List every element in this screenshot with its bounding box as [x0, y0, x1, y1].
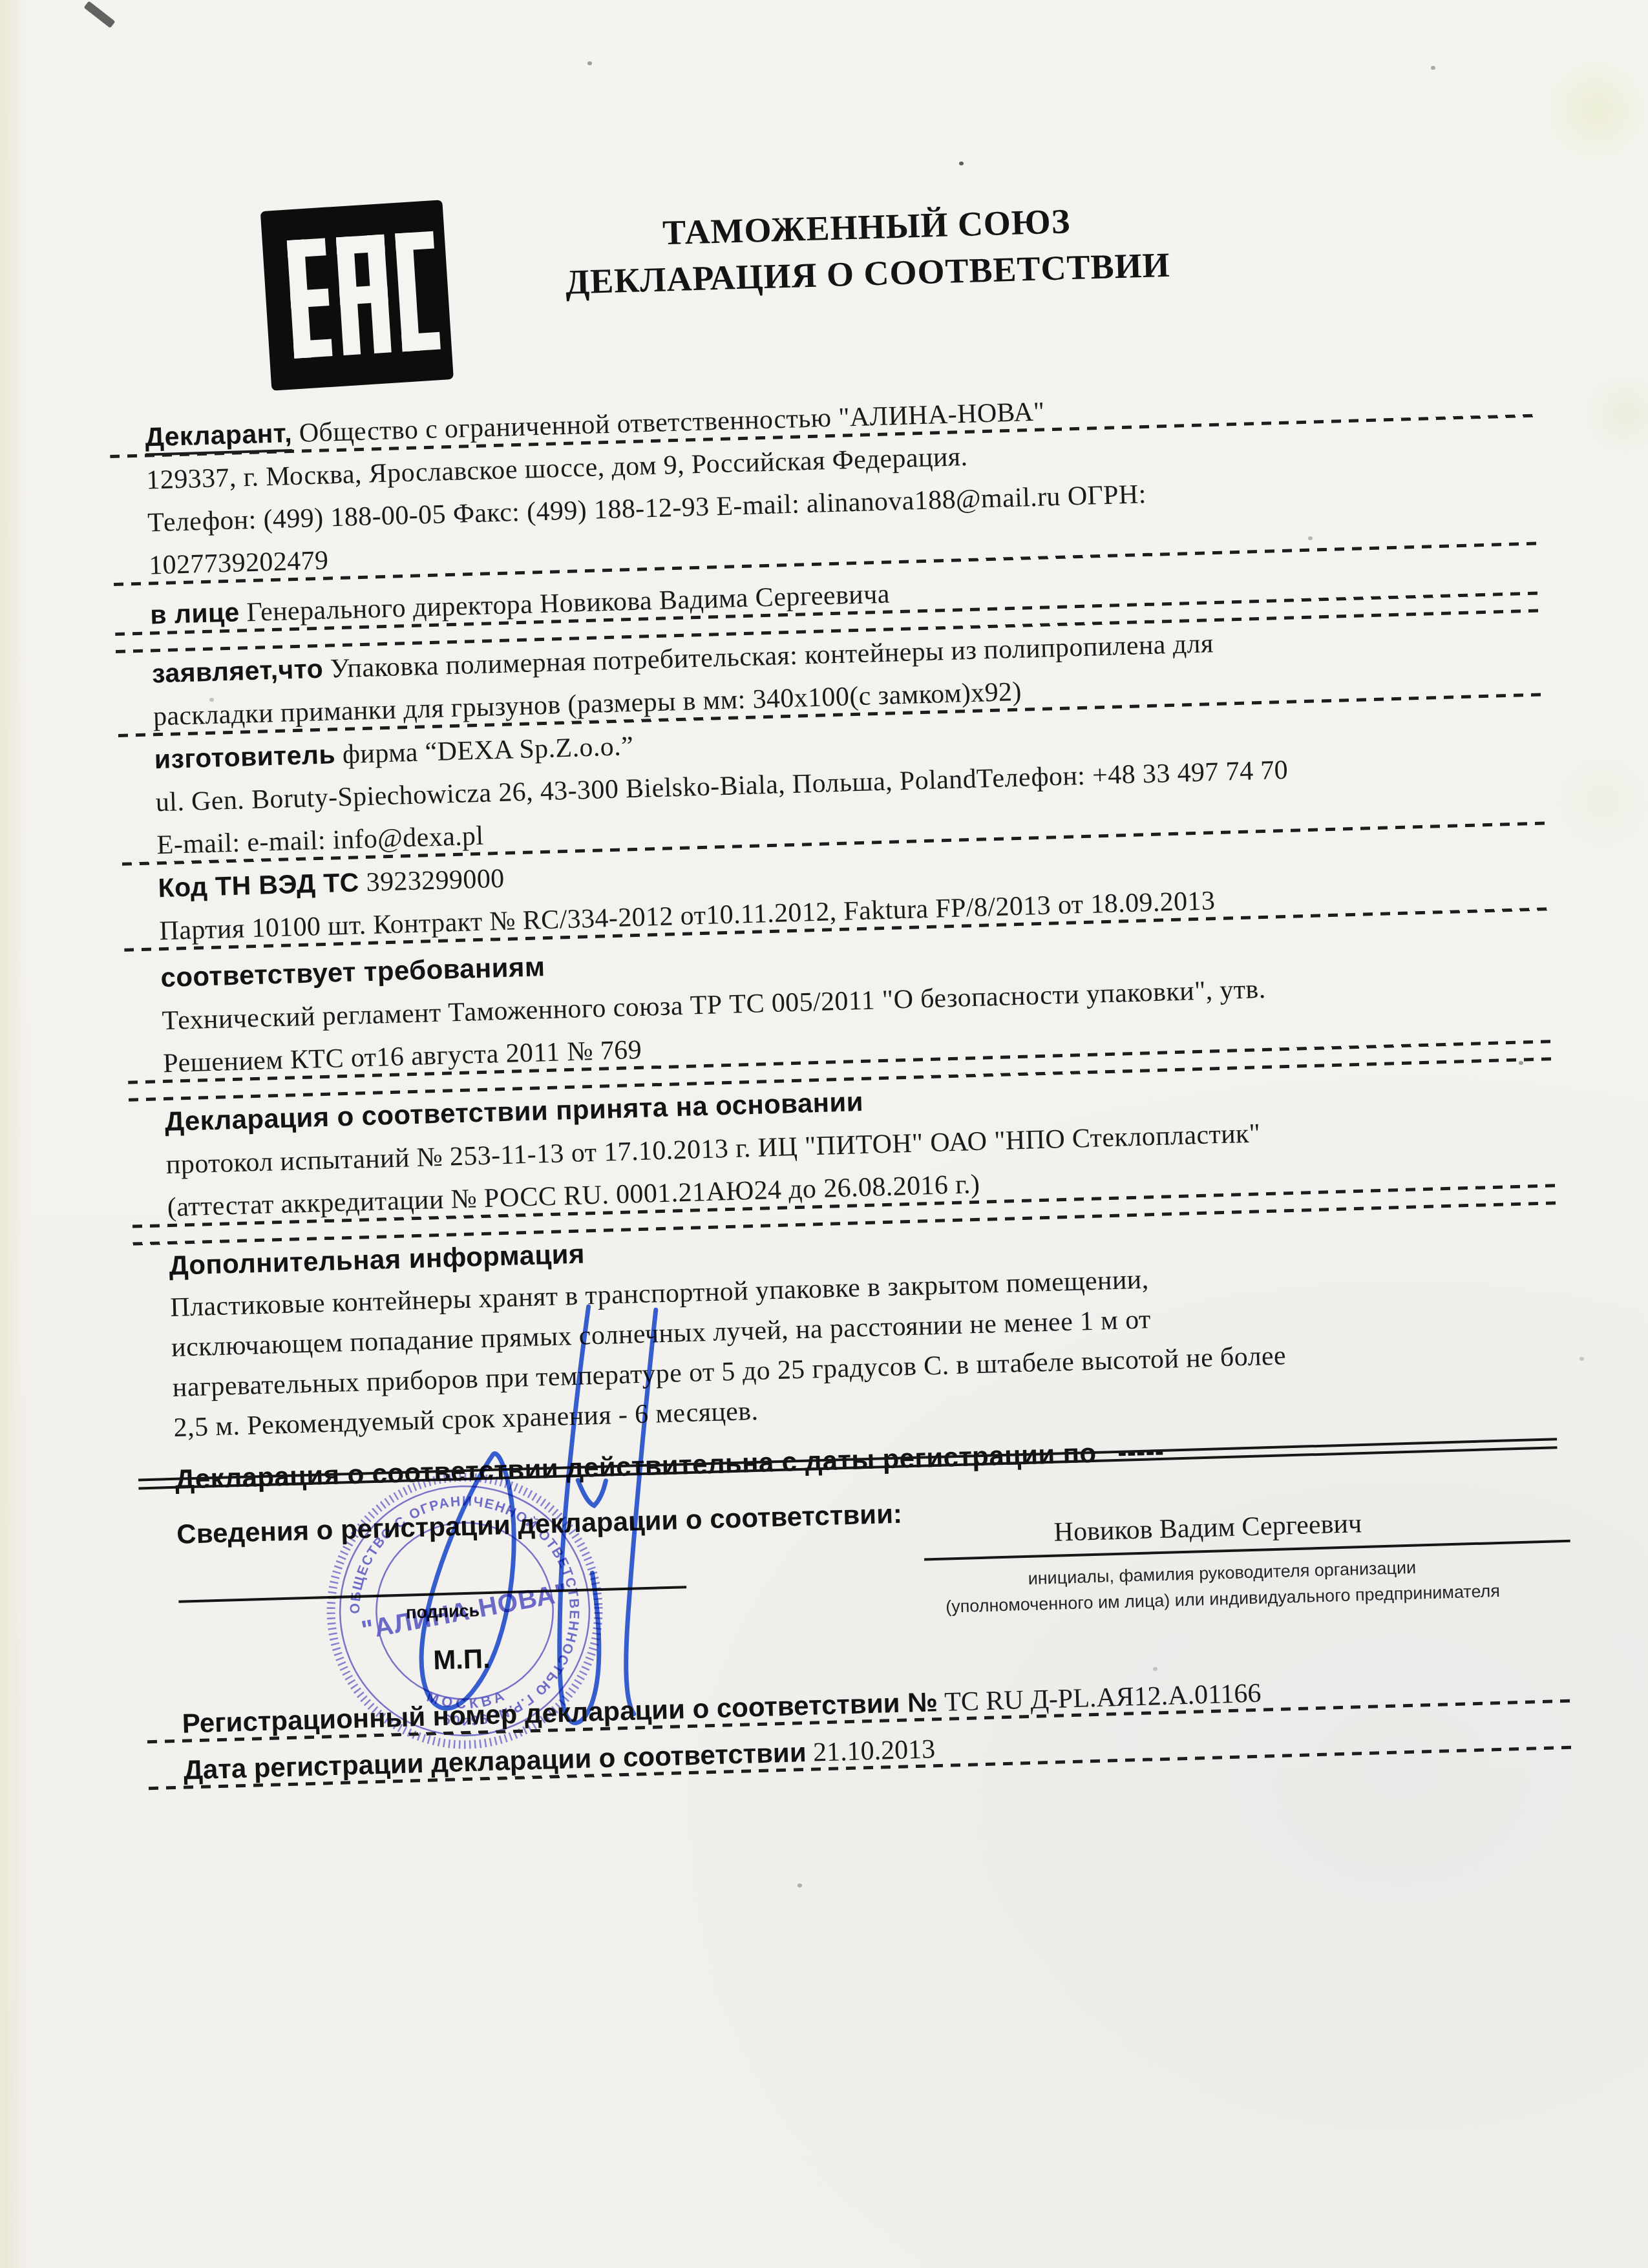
signer-caption: инициалы, фамилия руководителя организац…: [879, 1550, 1565, 1621]
tnved-label: Код ТН ВЭД ТС: [158, 867, 359, 903]
manufacturer-label: изготовитель: [154, 739, 335, 774]
regulation-line-2: Решением КТС от16 августа 2011 № 769: [163, 1035, 642, 1078]
declares-label: заявляет,что: [151, 654, 323, 689]
additional-heading: Дополнительная информация: [169, 1238, 586, 1281]
in-person-text: Генерального директора Новикова Вадима С…: [246, 579, 890, 627]
scan-speckles: [959, 162, 964, 165]
declarant-label: Декларант,: [145, 418, 293, 456]
eac-logo: ЕАС: [259, 198, 455, 392]
reg-date-value: 21.10.2013: [812, 1734, 935, 1767]
reg-date-label: Дата регистрации декларации о соответств…: [183, 1737, 807, 1785]
manufacturer-firm: фирма “DEXA Sp.Z.o.o.”: [342, 731, 634, 770]
complies-heading: соответствует требованиям: [160, 951, 545, 992]
reg-number-label: Регистрационный номер декларации о соотв…: [182, 1686, 938, 1739]
handwritten-signature: [296, 1284, 761, 1749]
manufacturer-email: E-mail: e-mail: info@dexa.pl: [156, 821, 484, 861]
document-title: ТАМОЖЕННЫЙ СОЮЗ ДЕКЛАРАЦИЯ О СООТВЕТСТВИ…: [543, 194, 1192, 306]
tnved-code: 3923299000: [366, 864, 505, 898]
document-page: ЕАС ТАМОЖЕННЫЙ СОЮЗ ДЕКЛАРАЦИЯ О СООТВЕТ…: [0, 0, 1648, 2268]
in-person-label: в лице: [150, 597, 240, 629]
reg-number-value: ТС RU Д-PL.АЯ12.А.01166: [944, 1679, 1262, 1717]
ogrn-number: 1027739202479: [149, 545, 329, 580]
